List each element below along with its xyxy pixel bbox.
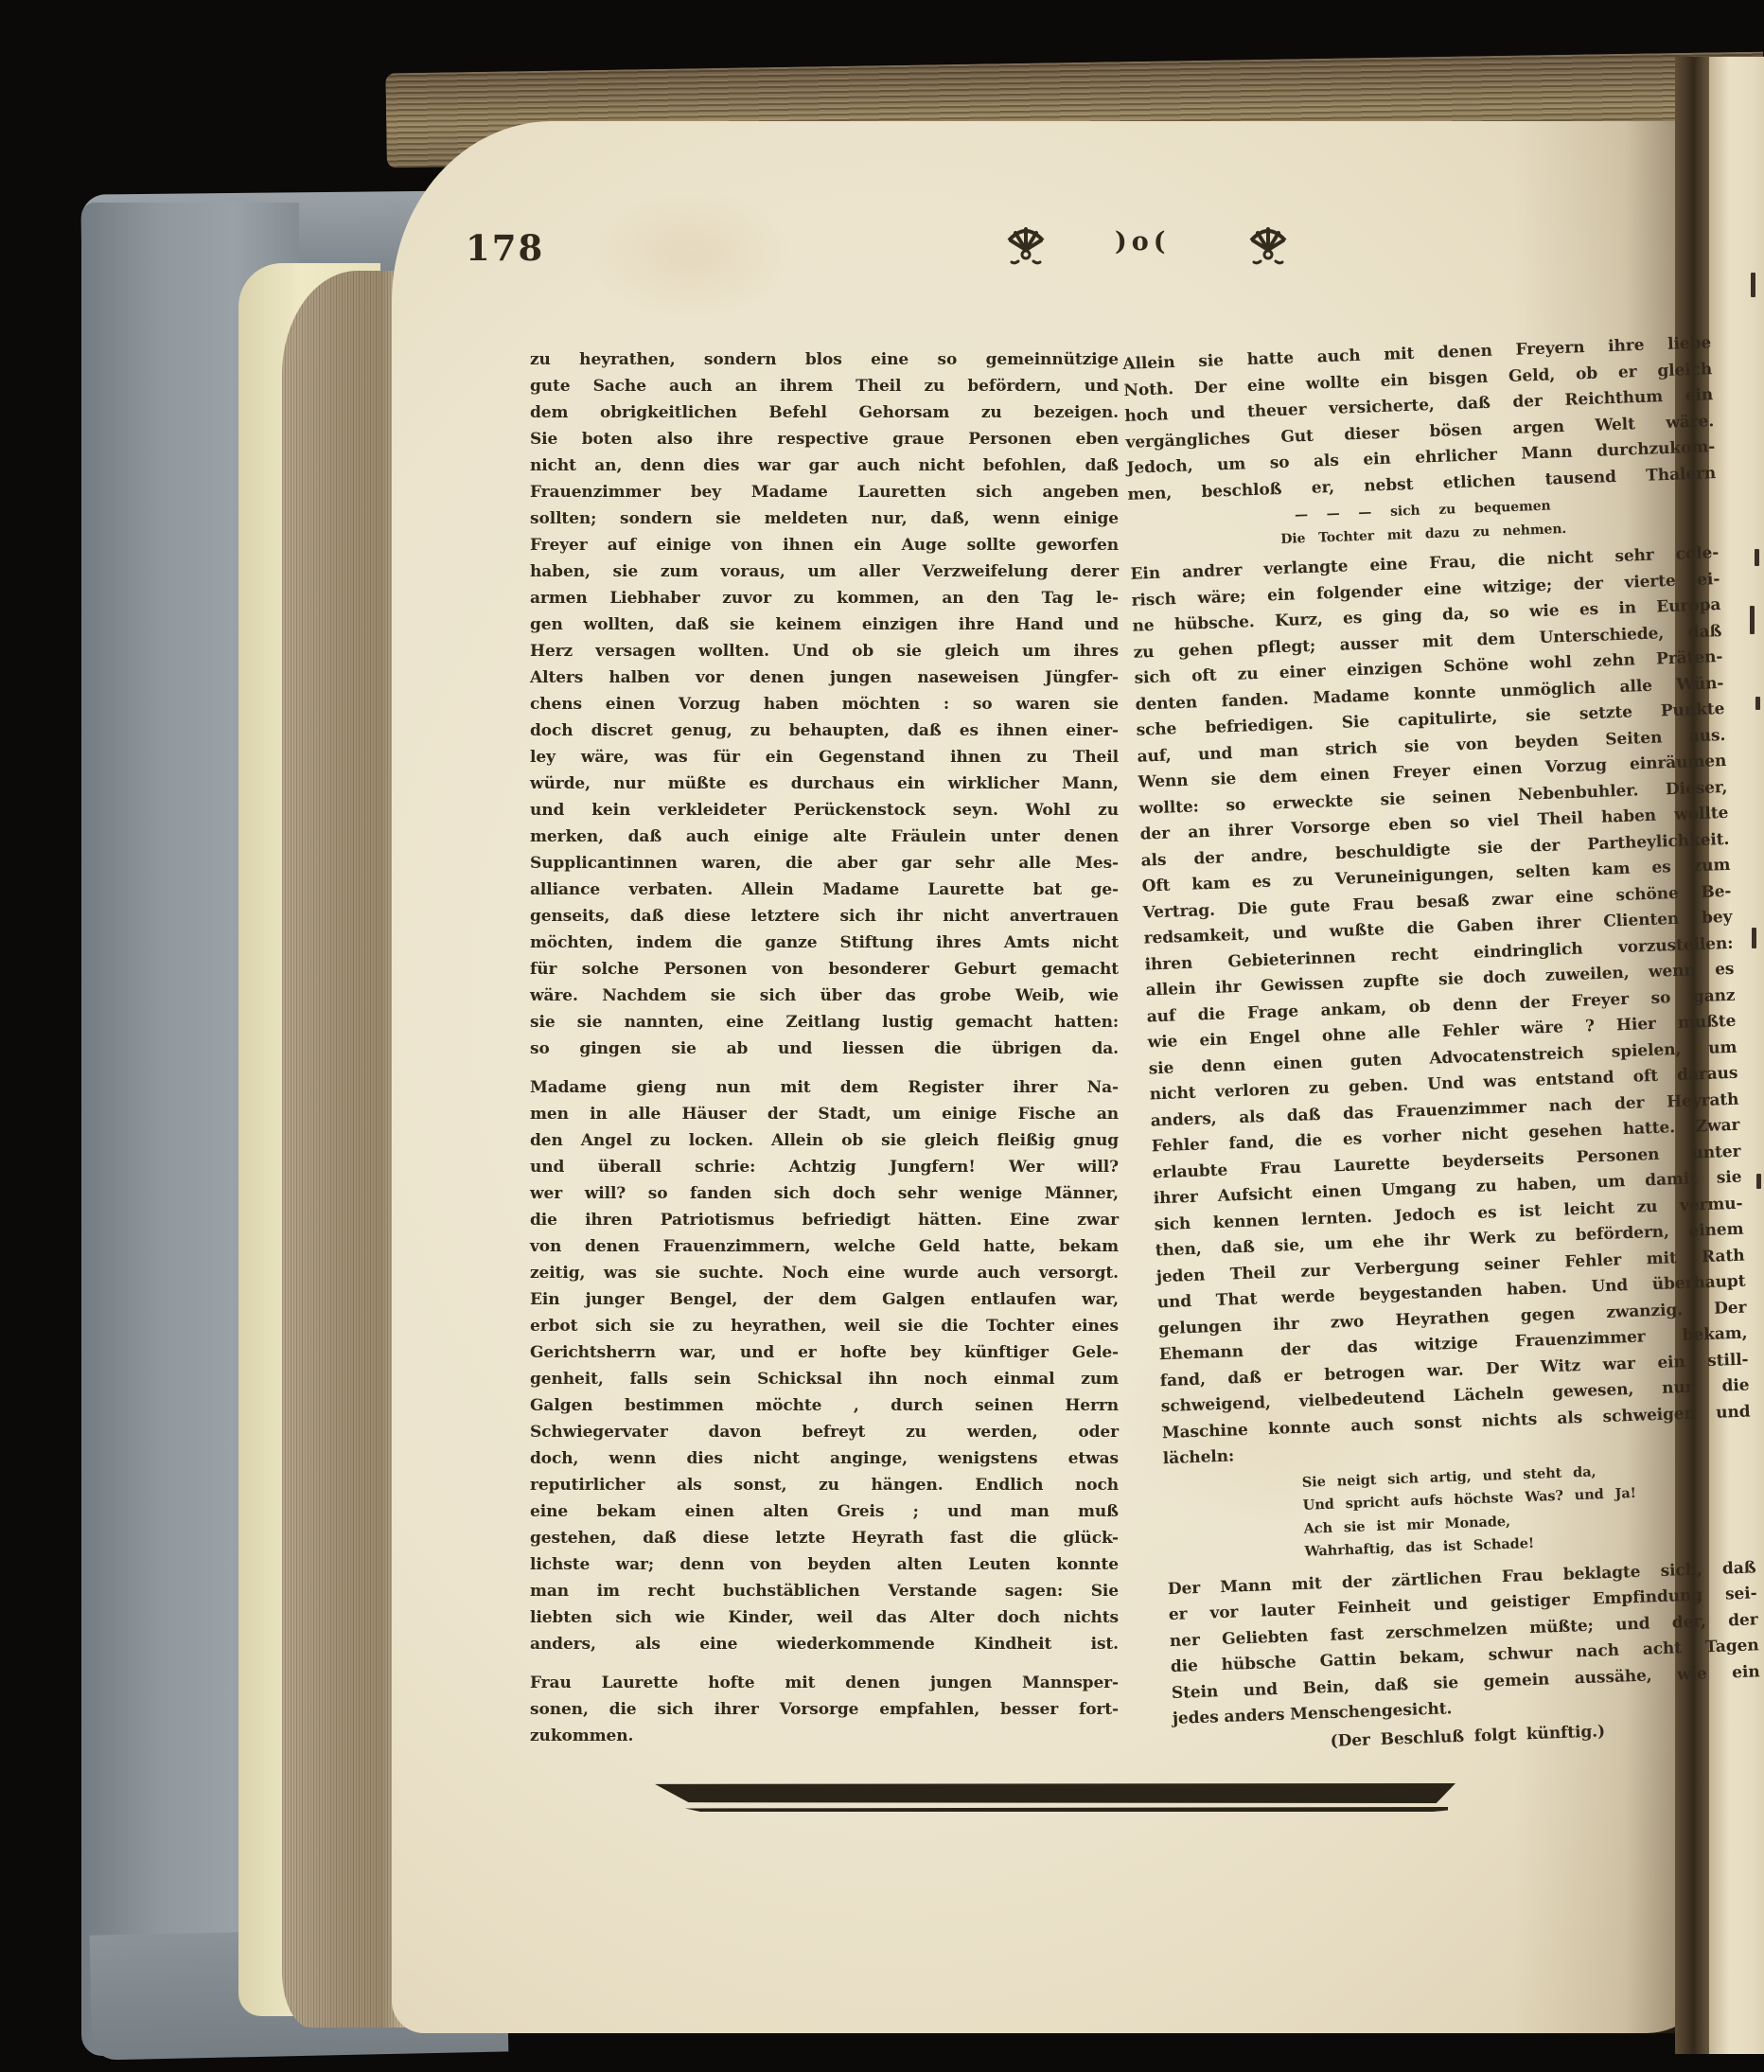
paragraph: Madame gieng nun mit dem Register ihrer … (530, 1074, 1119, 1657)
paragraph: Frau Laurette hofte mit denen jungen Man… (530, 1670, 1119, 1749)
shell-ornament-icon (1003, 225, 1049, 267)
facing-page-text-fragment (1755, 697, 1760, 710)
facing-page-text-fragment (1756, 1174, 1761, 1189)
book-photo: 178 )o( zu heyrathen, sondern blos eine … (0, 0, 1764, 2072)
facing-page-text-fragment (1755, 549, 1759, 566)
verse-quote: Sie neigt sich artig, und steht da, Und … (1301, 1455, 1755, 1564)
paragraph: Ein andrer verlangte eine Frau, die nich… (1130, 540, 1752, 1473)
right-text-column: Allein sie hatte auch mit denen Freyern … (1122, 330, 1762, 1761)
paragraph: Der Mann mit der zärtlichen Frau beklagt… (1167, 1555, 1760, 1707)
paragraph: zu heyrathen, sondern blos eine so gemei… (530, 346, 1119, 1062)
page-number: 178 (466, 227, 544, 269)
signature-mark: )o( (1115, 227, 1171, 257)
paragraph: Allein sie hatte auch mit denen Freyern … (1122, 330, 1717, 508)
facing-page-text-fragment (1752, 928, 1756, 948)
left-text-column: zu heyrathen, sondern blos eine so gemei… (530, 346, 1119, 1749)
shell-ornament-icon (1245, 225, 1291, 267)
facing-page-text-fragment (1751, 273, 1755, 297)
section-end-rule (655, 1783, 1455, 1803)
facing-page-text-fragment (1750, 606, 1755, 634)
